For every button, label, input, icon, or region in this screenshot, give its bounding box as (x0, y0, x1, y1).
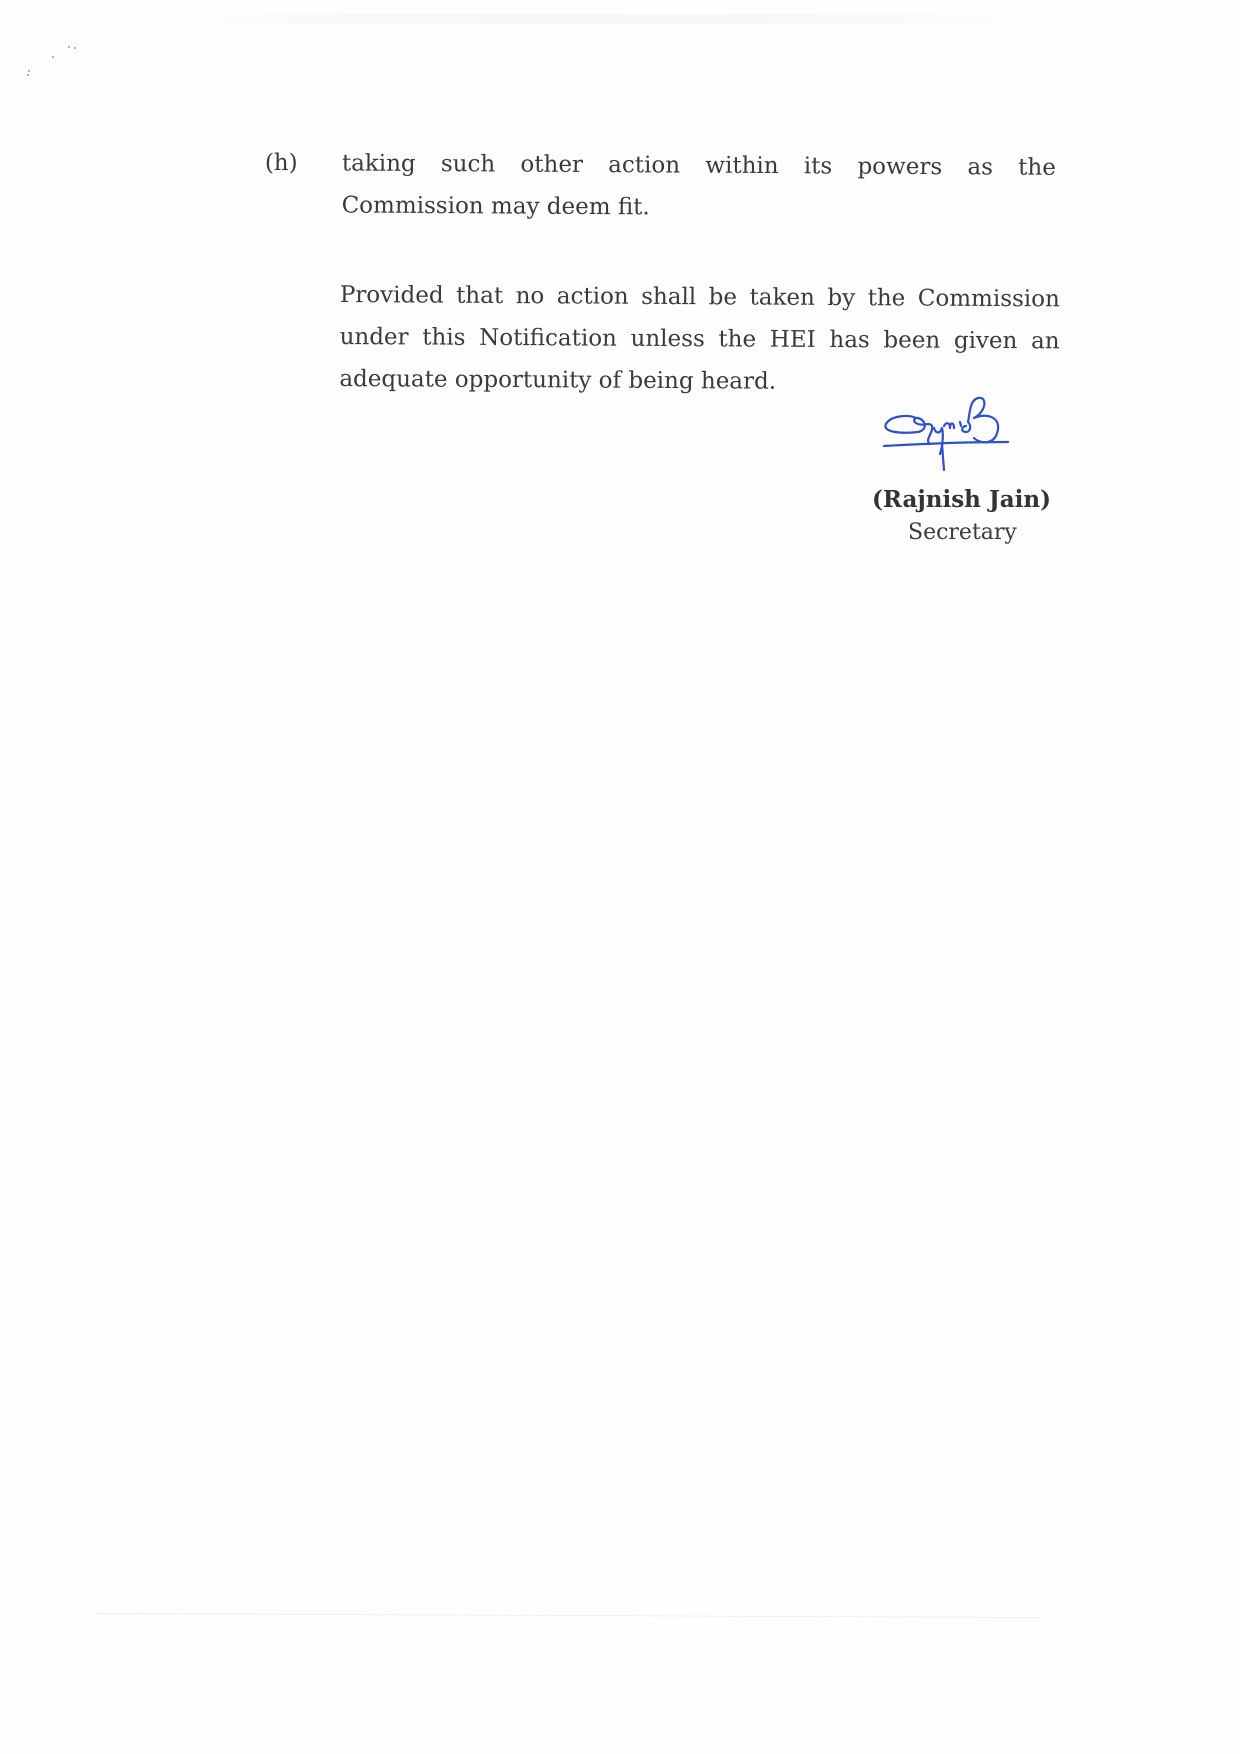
document-page: (h) taking such other action within its … (0, 0, 1240, 1754)
scan-artifact-header (180, 14, 1060, 24)
signatory-name: (Rajnish Jain) (872, 486, 1051, 513)
signature-block: (Rajnish Jain) Secretary (858, 392, 1078, 562)
proviso-paragraph: Provided that no action shall be taken b… (339, 274, 1060, 404)
signature-icon (878, 392, 1048, 482)
scan-artifact-footer-line (95, 1613, 1040, 1618)
clause-text: taking such other action within its powe… (341, 142, 1055, 230)
signatory-title: Secretary (908, 520, 1017, 545)
scan-artifact-specks (22, 44, 92, 84)
clause-label: (h) (265, 142, 298, 184)
clause-h: (h) taking such other action within its … (265, 142, 1065, 147)
